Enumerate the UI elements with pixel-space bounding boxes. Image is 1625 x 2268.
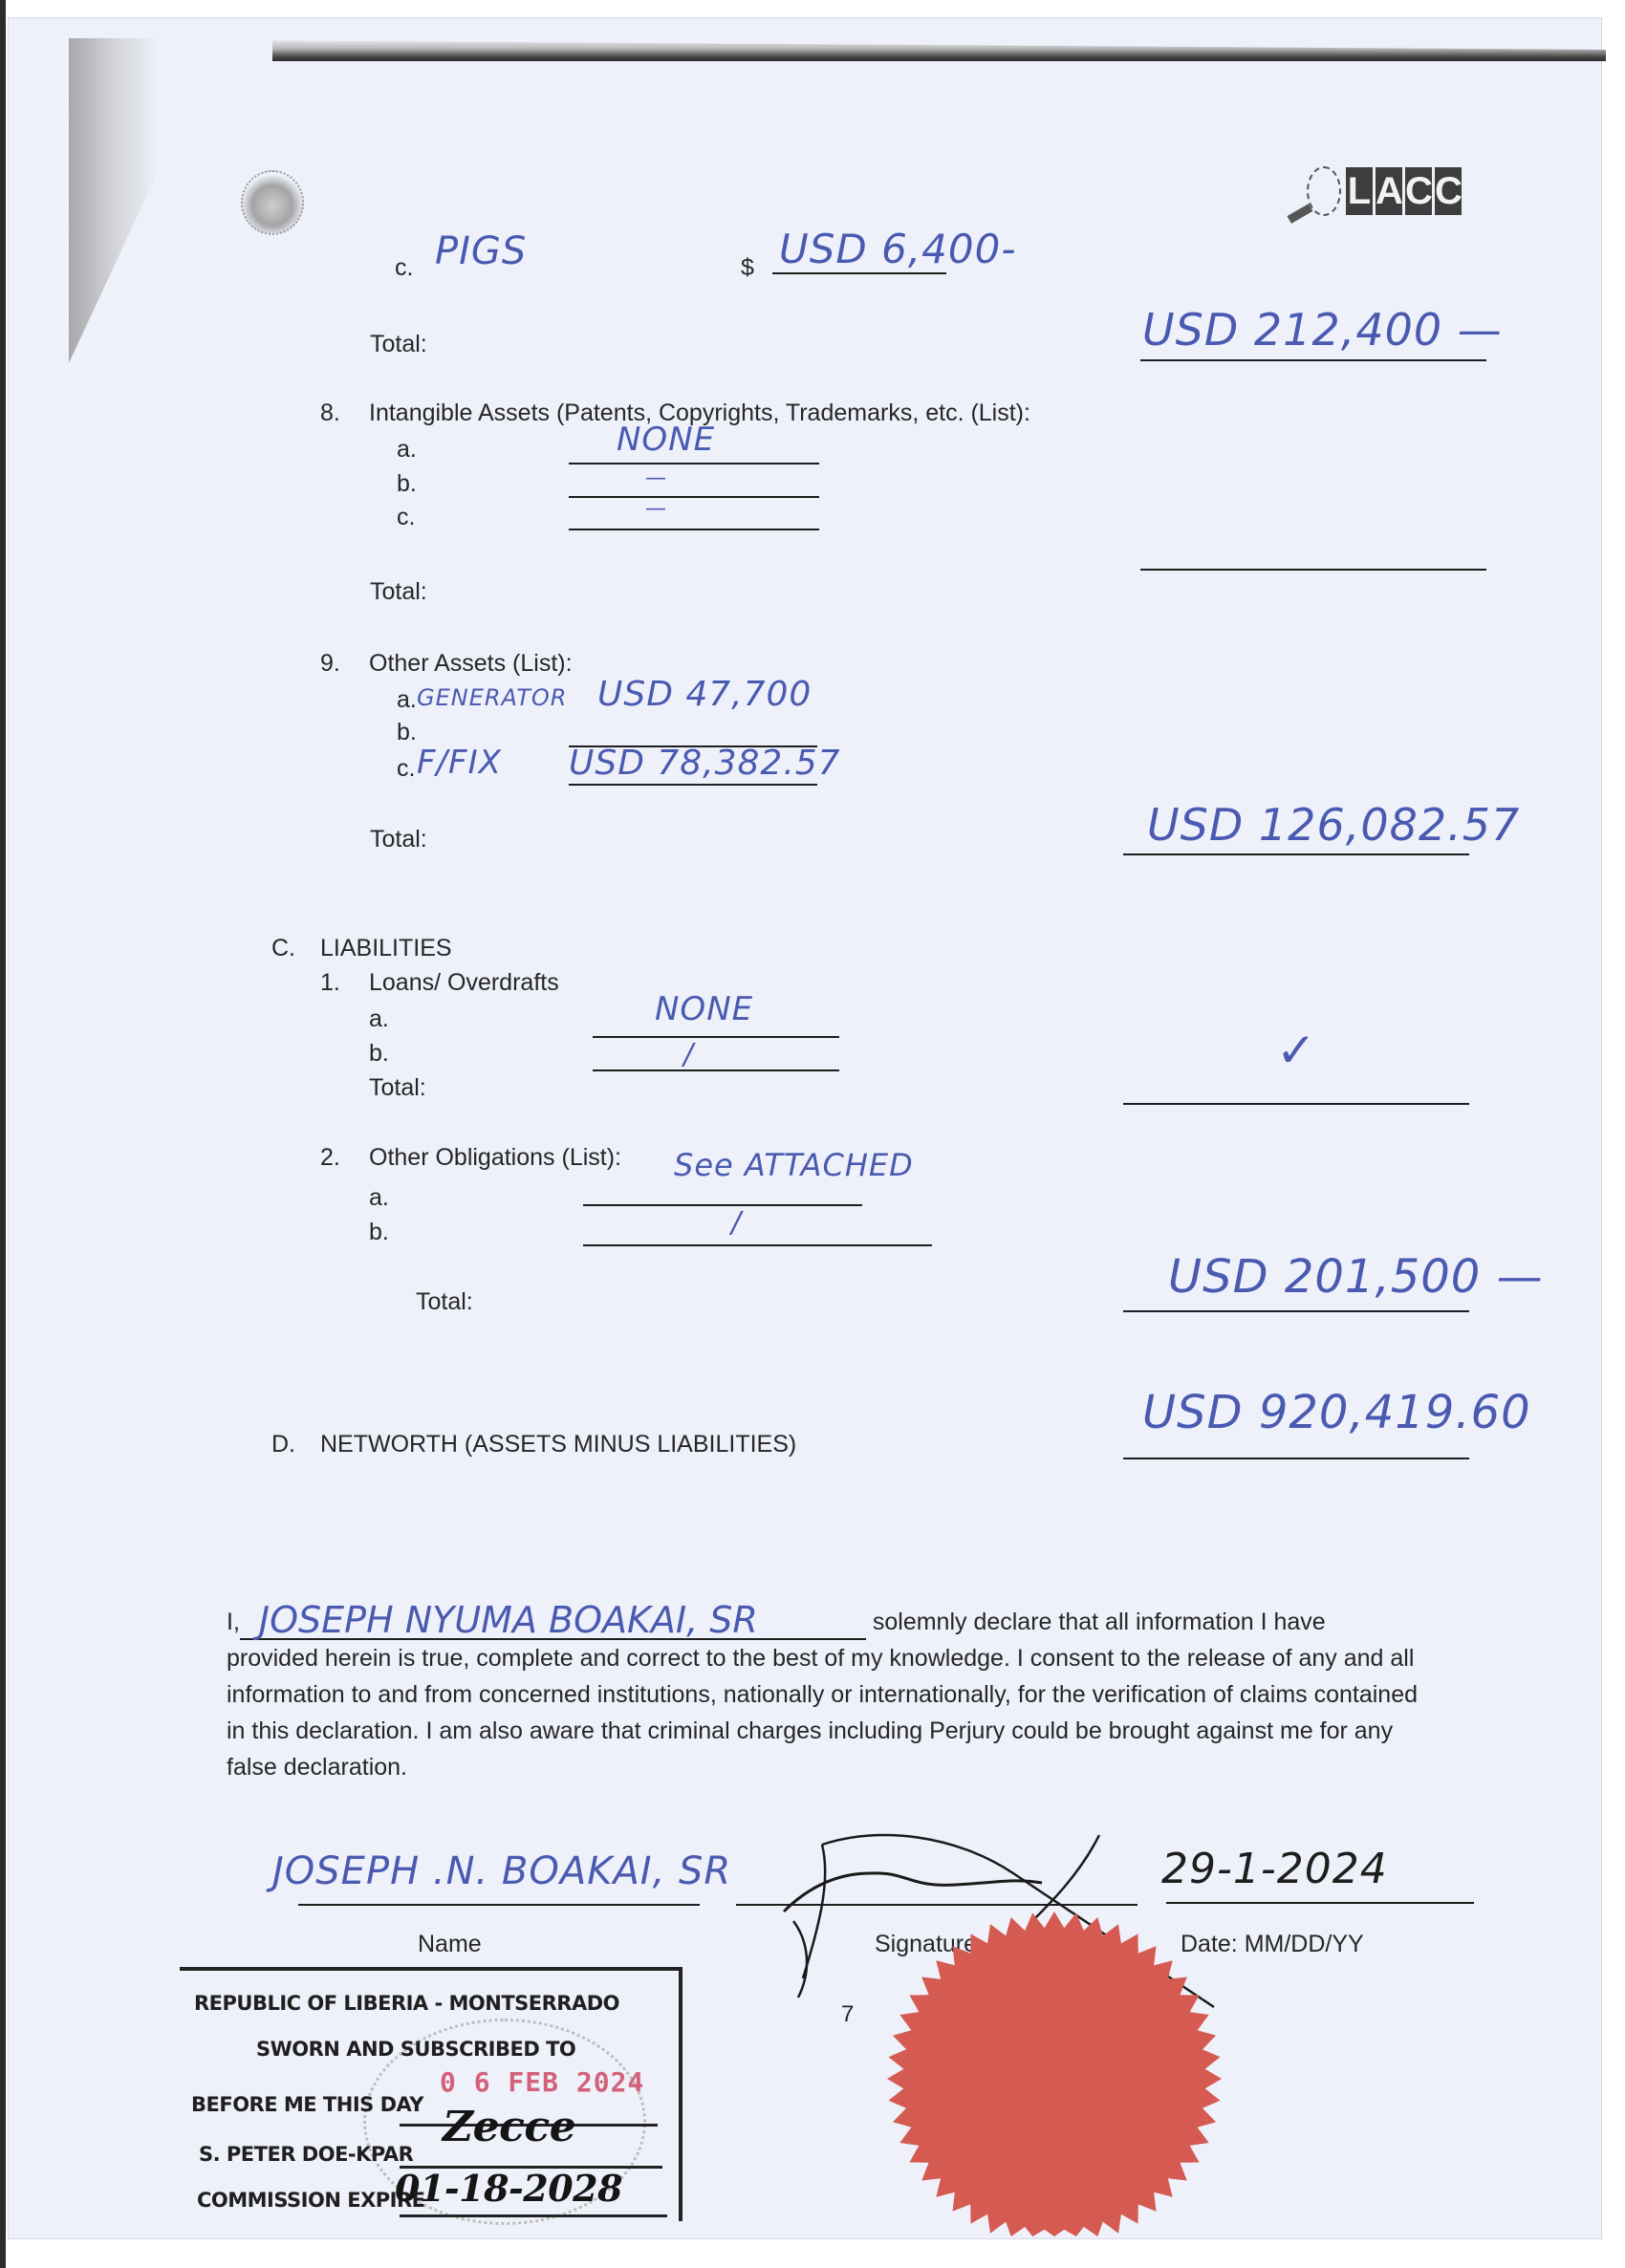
stamp-line-3: BEFORE ME THIS DAY <box>191 2093 423 2116</box>
other-assets-number: 9. <box>320 650 340 678</box>
liabilities-letter: C. <box>271 935 295 962</box>
other-assets-c-label: c. <box>397 755 415 783</box>
intangible-a-value: NONE <box>617 421 715 459</box>
other-assets-total-line <box>1123 853 1469 855</box>
obligations-b-line <box>583 1244 932 1246</box>
loans-a-line <box>593 1036 839 1038</box>
intangible-total-label: Total: <box>370 578 427 606</box>
item-c-line <box>772 272 946 274</box>
loans-total-value: ✓ <box>1276 1023 1317 1078</box>
intangible-a-line <box>569 463 819 464</box>
other-assets-c-line <box>569 784 817 786</box>
notary-stamp: REPUBLIC OF LIBERIA - MONTSERRADO SWORN … <box>180 1967 682 2221</box>
page-number: 7 <box>841 2001 854 2028</box>
section-b-total-line <box>1140 359 1486 361</box>
intangible-b-value: — <box>645 466 667 490</box>
stamp-line-4: S. PETER DOE-KPAR <box>199 2143 413 2166</box>
section-b-total-value: USD 212,400 — <box>1142 304 1503 356</box>
section-b-total-label: Total: <box>370 331 427 358</box>
scan-edge <box>0 0 6 2268</box>
magnifier-icon <box>1307 166 1341 216</box>
obligations-total-line <box>1123 1310 1469 1312</box>
intangible-b-line <box>569 496 819 498</box>
commission-expiry-handwritten: 01-18-2028 <box>395 2167 622 2210</box>
obligations-b-value: / <box>731 1206 742 1240</box>
stamp-date: 0 6 FEB 2024 <box>440 2066 644 2098</box>
liabilities-heading: LIABILITIES <box>320 935 452 962</box>
loans-b-label: b. <box>369 1040 389 1068</box>
obligations-annotation: See ATTACHED <box>674 1147 914 1183</box>
networth-heading: NETWORTH (ASSETS MINUS LIABILITIES) <box>320 1431 796 1458</box>
intangible-total-line <box>1140 569 1486 571</box>
logo-letter: A <box>1376 167 1402 215</box>
networth-value: USD 920,419.60 <box>1142 1386 1531 1439</box>
loans-a-value: NONE <box>655 990 753 1028</box>
obligations-b-label: b. <box>369 1219 389 1246</box>
stamp-line-1: REPUBLIC OF LIBERIA - MONTSERRADO <box>194 1992 619 2015</box>
other-assets-a-description: GENERATOR <box>417 684 567 711</box>
other-assets-total-value: USD 126,082.57 <box>1147 799 1520 851</box>
other-assets-c-description: F/FIX <box>417 744 502 782</box>
lacc-logo: L A C C <box>1307 166 1462 216</box>
declaration-prefix: I, <box>227 1609 240 1635</box>
coat-of-arms-icon <box>241 170 304 235</box>
stamp-rule <box>400 2214 667 2217</box>
networth-line <box>1123 1458 1469 1459</box>
loans-number: 1. <box>320 969 340 997</box>
obligations-a-line <box>583 1204 862 1206</box>
obligations-a-label: a. <box>369 1184 389 1212</box>
other-assets-a-label: a. <box>397 686 417 714</box>
other-assets-c-value: USD 78,382.57 <box>569 744 841 783</box>
other-assets-total-label: Total: <box>370 826 427 853</box>
other-assets-b-label: b. <box>397 719 417 746</box>
intangible-c-value: — <box>645 497 667 521</box>
obligations-heading: Other Obligations (List): <box>369 1144 621 1172</box>
loans-total-line <box>1123 1103 1469 1105</box>
notary-signature: Zecce <box>443 2103 575 2151</box>
loans-b-value: / <box>683 1038 694 1071</box>
red-notary-seal <box>863 1902 1246 2256</box>
other-assets-heading: Other Assets (List): <box>369 650 573 678</box>
currency-symbol: $ <box>741 254 754 282</box>
loans-a-label: a. <box>369 1005 389 1033</box>
loans-heading: Loans/ Overdrafts <box>369 969 559 997</box>
other-assets-a-value: USD 47,700 <box>597 675 812 714</box>
declarant-name: JOSEPH NYUMA BOAKAI, SR <box>240 1602 866 1640</box>
item-c-label: c. <box>395 254 413 282</box>
declaration-paragraph: I,JOSEPH NYUMA BOAKAI, SR solemnly decla… <box>227 1602 1421 1785</box>
name-label: Name <box>418 1931 482 1958</box>
intangible-c-label: c. <box>397 504 415 531</box>
logo-letter: C <box>1435 167 1462 215</box>
obligations-total-label: Total: <box>416 1288 473 1316</box>
intangible-a-label: a. <box>397 436 417 464</box>
logo-letter: C <box>1405 167 1432 215</box>
item-c-description: PIGS <box>435 229 527 273</box>
stamp-line-5: COMMISSION EXPIRE <box>197 2189 425 2212</box>
loans-total-label: Total: <box>369 1074 426 1102</box>
intangible-b-label: b. <box>397 470 417 498</box>
networth-letter: D. <box>271 1431 295 1458</box>
intangible-number: 8. <box>320 400 340 427</box>
logo-letter: L <box>1346 167 1373 215</box>
name-line <box>298 1904 700 1906</box>
obligations-number: 2. <box>320 1144 340 1172</box>
date-value: 29-1-2024 <box>1161 1845 1388 1893</box>
signer-name-value: JOSEPH .N. BOAKAI, SR <box>272 1849 731 1893</box>
intangible-c-line <box>569 529 819 530</box>
obligations-total-value: USD 201,500 — <box>1168 1250 1544 1304</box>
item-c-value: USD 6,400- <box>779 226 1017 272</box>
stamp-line-2: SWORN AND SUBSCRIBED TO <box>256 2038 575 2061</box>
loans-b-line <box>593 1069 839 1071</box>
